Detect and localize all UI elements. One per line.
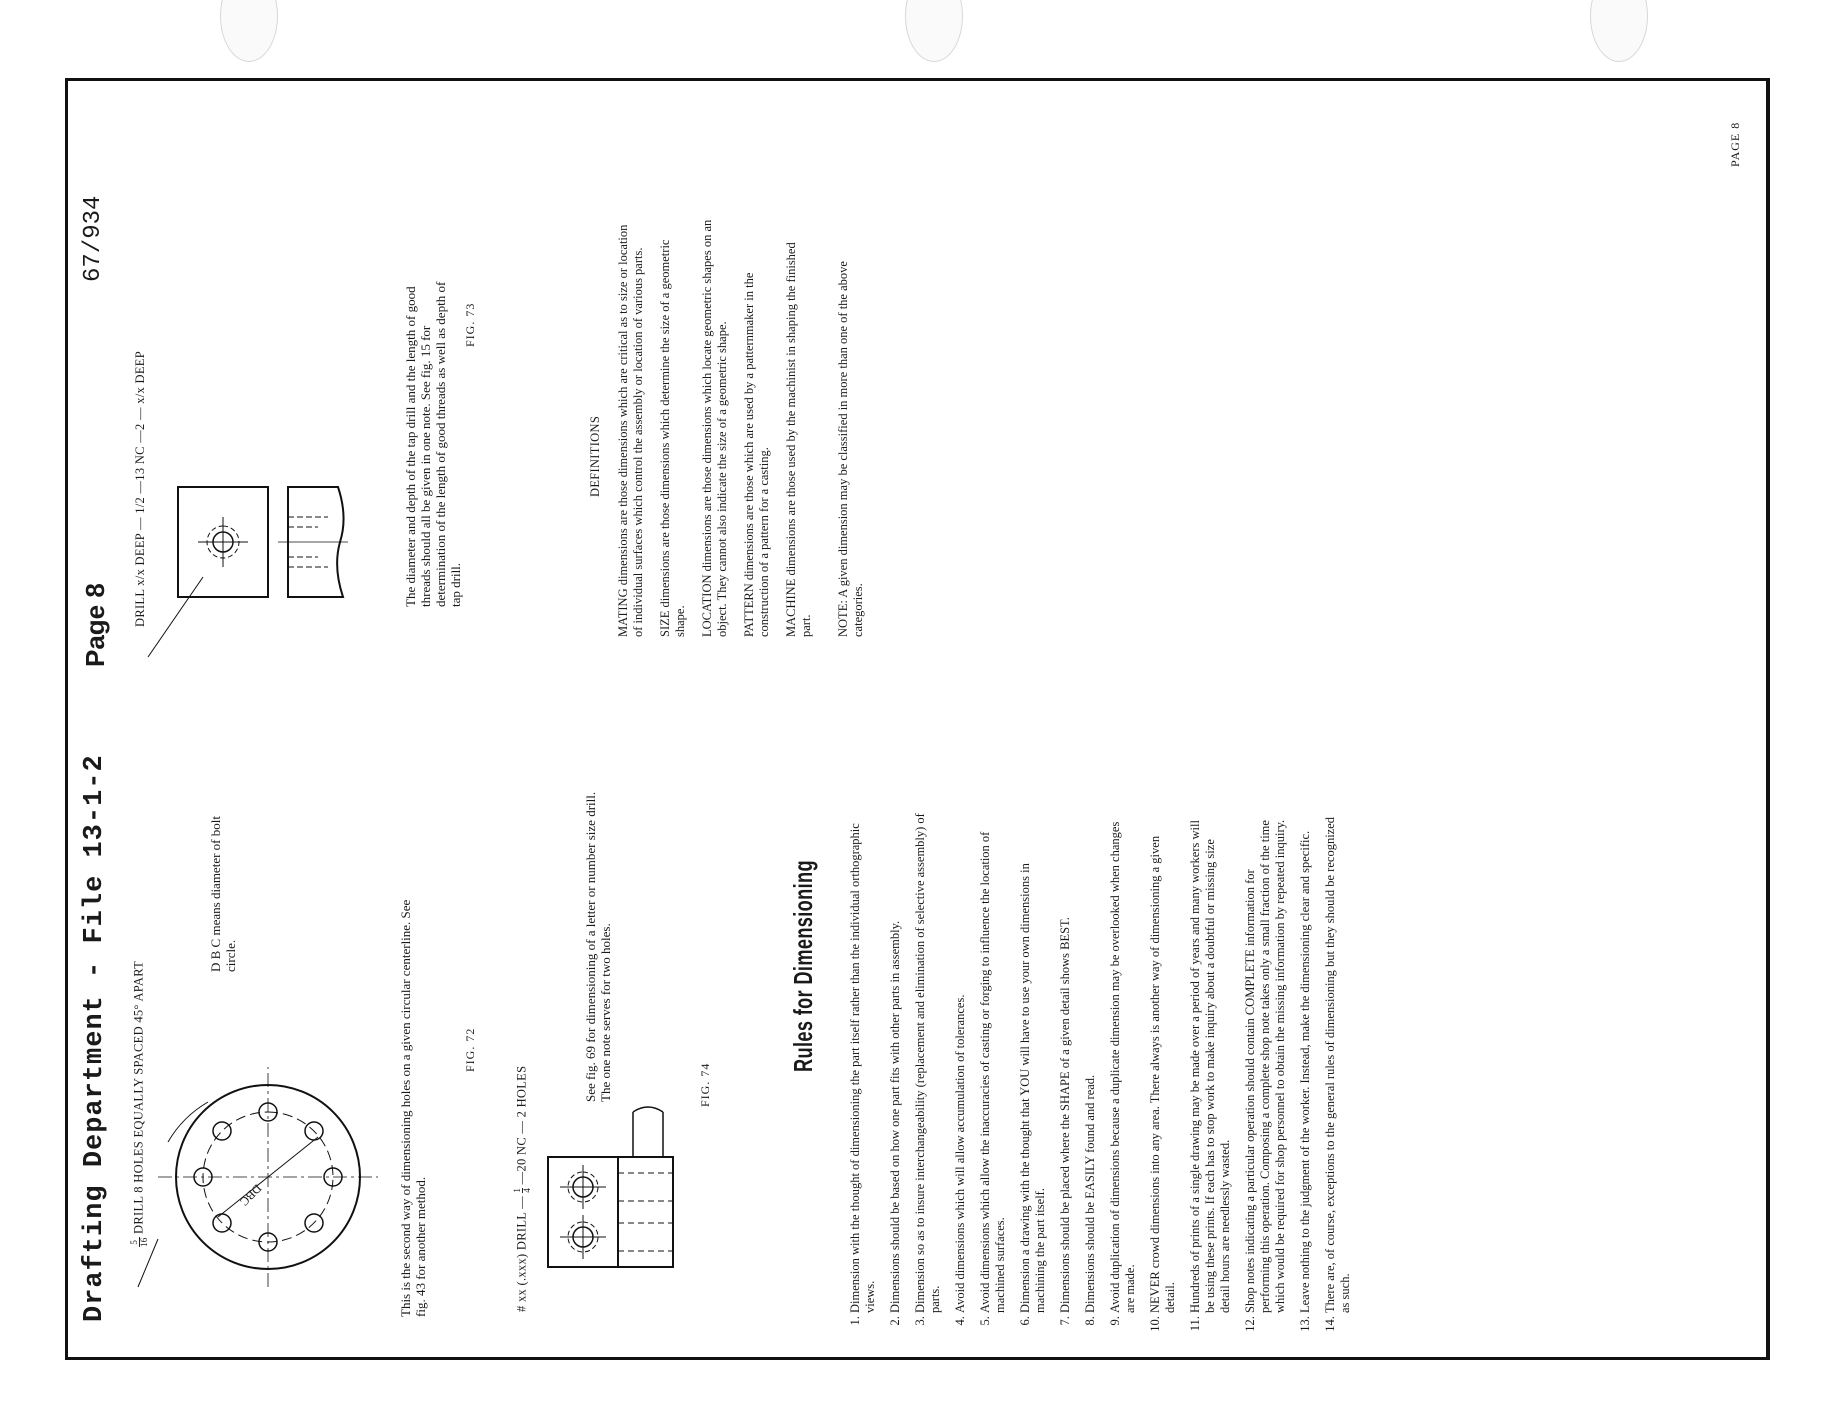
rules-title: Rules for Dimensioning: [788, 860, 819, 1072]
rule-item: Avoid dimensions which will allow accumu…: [953, 813, 968, 1313]
document-sheet: Drafting Department - File 13-1-2 Page 8…: [65, 78, 1770, 1360]
two-hole-block-drawing: [538, 1097, 678, 1287]
rule-item: Dimension with the thought of dimensioni…: [848, 813, 878, 1313]
definition-item: SIZE dimensions are those dimensions whi…: [658, 217, 688, 637]
rule-item: Shop notes indicating a particular opera…: [1243, 813, 1288, 1313]
fig73-description: The diameter and depth of the tap drill …: [403, 277, 463, 607]
definition-item: PATTERN dimensions are those which are u…: [742, 217, 772, 637]
rule-item: Dimensions should be based on how one pa…: [888, 813, 903, 1313]
punch-hole-center: [905, 0, 963, 62]
tapped-hole-drawing: [148, 427, 378, 667]
definitions-list: MATING dimensions are those dimensions w…: [616, 217, 878, 637]
rules-list: Dimension with the thought of dimensioni…: [848, 813, 1363, 1337]
page-number-heading: Page 8: [80, 583, 111, 667]
rule-item: Dimensions should be EASILY found and re…: [1083, 813, 1098, 1313]
fig74-description: See fig. 69 for dimensioning of a letter…: [583, 782, 613, 1102]
definition-item: LOCATION dimensions are those dimensions…: [700, 217, 730, 637]
file-number: 67/934: [80, 196, 107, 282]
rotated-page: Drafting Department - File 13-1-2 Page 8…: [68, 81, 1767, 1357]
rule-item: Dimensions should be placed where the SH…: [1058, 813, 1073, 1313]
fig72-description: This is the second way of dimensioning h…: [398, 897, 428, 1317]
fig73-caption: FIG. 73: [463, 303, 478, 347]
rule-item: NEVER crowd dimensions into any area. Th…: [1148, 813, 1178, 1313]
fig74-callout: # xx (.xxx) DRILL — 14 —20 NC — 2 HOLES: [513, 1066, 532, 1312]
punch-hole-left: [220, 0, 278, 62]
rule-item: Hundreds of prints of a single drawing m…: [1188, 813, 1233, 1313]
footer-page-label: PAGE 8: [1728, 122, 1743, 167]
rule-item: Dimension so as to insure interchangeabi…: [913, 813, 943, 1313]
page-header-title: Drafting Department - File 13-1-2: [80, 754, 110, 1322]
rule-item: Avoid dimensions which allow the inaccur…: [978, 813, 1008, 1313]
rule-item: Dimension a drawing with the thought tha…: [1018, 813, 1048, 1313]
fig72-fraction: 516: [130, 1237, 149, 1247]
definition-item: MATING dimensions are those dimensions w…: [616, 217, 646, 637]
definition-item: MACHINE dimensions are those used by the…: [784, 217, 814, 637]
rule-item: Leave nothing to the judgment of the wor…: [1298, 813, 1313, 1313]
fig73-callout: DRILL x/x DEEP — 1/2 —13 NC —2 — x/x DEE…: [133, 351, 148, 627]
fig72-caption: FIG. 72: [463, 1028, 478, 1072]
punch-hole-right: [1590, 0, 1648, 62]
fig74-fraction: 14: [513, 1188, 532, 1193]
fig72-callout: 516 DRILL 8 HOLES EQUALLY SPACED 45° APA…: [130, 961, 149, 1247]
fig74-caption: FIG. 74: [698, 1063, 713, 1107]
definition-item: NOTE: A given dimension may be classifie…: [836, 217, 866, 637]
definitions-title: DEFINITIONS: [588, 416, 603, 497]
rule-item: There are, of course, exceptions to the …: [1323, 813, 1353, 1313]
rule-item: Avoid duplication of dimensions because …: [1108, 813, 1138, 1313]
fig72-dbc-note: D B C means diameter of bolt circle.: [208, 812, 238, 972]
